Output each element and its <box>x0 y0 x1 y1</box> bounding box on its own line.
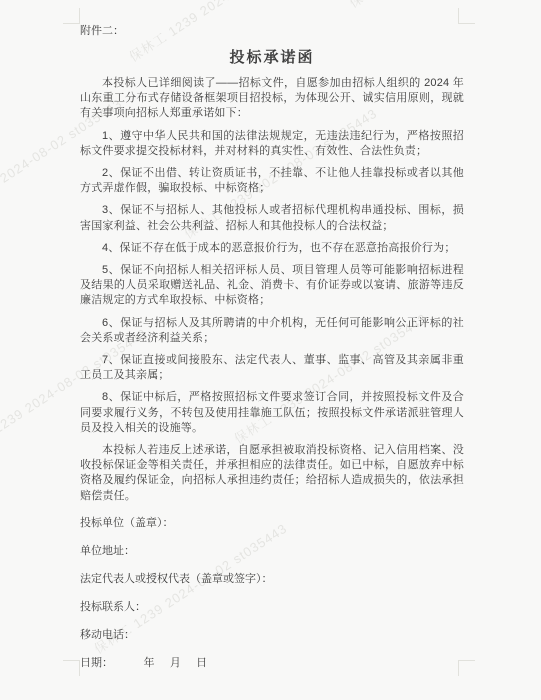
signature-field-contact-person: 投标联系人： <box>80 600 464 615</box>
signature-field-date: 日期： 年 月 日 <box>80 656 464 671</box>
signature-field-mobile-phone: 移动电话： <box>80 628 464 643</box>
commitment-item-7: 7、保证直接或间接股东、法定代表人、董事、监事、高管及其亲属非重工员工及其亲属； <box>80 353 464 383</box>
commitment-item-2: 2、保证不出借、转让资质证书，不挂靠、不让他人挂靠投标或者以其他方式弄虚作假，骗… <box>80 166 464 196</box>
signature-field-legal-representative: 法定代表人或授权代表（盖章或签字）： <box>80 572 464 587</box>
document-page: 保林工 1239 2024-08-02 st035443 保林工 1239 20… <box>0 0 541 700</box>
commitment-item-6: 6、保证与招标人及其所聘请的中介机构，无任何可能影响公正评标的社会关系或者经济利… <box>80 316 464 346</box>
signature-field-bidder-unit: 投标单位（盖章）： <box>80 516 464 531</box>
signature-block: 投标单位（盖章）： 单位地址： 法定代表人或授权代表（盖章或签字）： 投标联系人… <box>80 516 464 671</box>
crop-mark-top-right <box>458 8 475 24</box>
crop-mark-bottom-left <box>63 660 80 676</box>
closing-paragraph: 本投标人若违反上述承诺，自愿承担被取消投标资格、记入信用档案、没收投标保证金等相… <box>80 443 464 504</box>
commitment-item-3: 3、保证不与招标人、其他投标人或者招标代理机构串通投标、围标，损害国家利益、社会… <box>80 203 464 233</box>
document-body: 附件二： 投标承诺函 本投标人已详细阅读了——招标文件，自愿参加由招标人组织的 … <box>80 24 464 684</box>
watermark-text: 保林工 1239 2024-08-02 st035443 <box>345 0 541 11</box>
commitment-item-5: 5、保证不向招标人相关招评标人员、项目管理人员等可能影响招标进程及结果的人员采取… <box>80 263 464 309</box>
crop-mark-top-left <box>63 8 80 24</box>
commitment-item-4: 4、保证不存在低于成本的恶意报价行为，也不存在恶意抬高报价行为； <box>80 241 464 256</box>
commitment-item-8: 8、保证中标后，严格按照招标文件要求签订合同，并按照投标文件及合同要求履行义务，… <box>80 390 464 436</box>
intro-paragraph: 本投标人已详细阅读了——招标文件，自愿参加由招标人组织的 2024 年山东重工分… <box>80 76 464 122</box>
commitment-item-1: 1、遵守中华人民共和国的法律法规规定，无违法违纪行为，严格按照招标文件要求提交投… <box>80 129 464 159</box>
signature-field-unit-address: 单位地址： <box>80 544 464 559</box>
document-title: 投标承诺函 <box>80 46 464 67</box>
attachment-label: 附件二： <box>80 24 464 39</box>
